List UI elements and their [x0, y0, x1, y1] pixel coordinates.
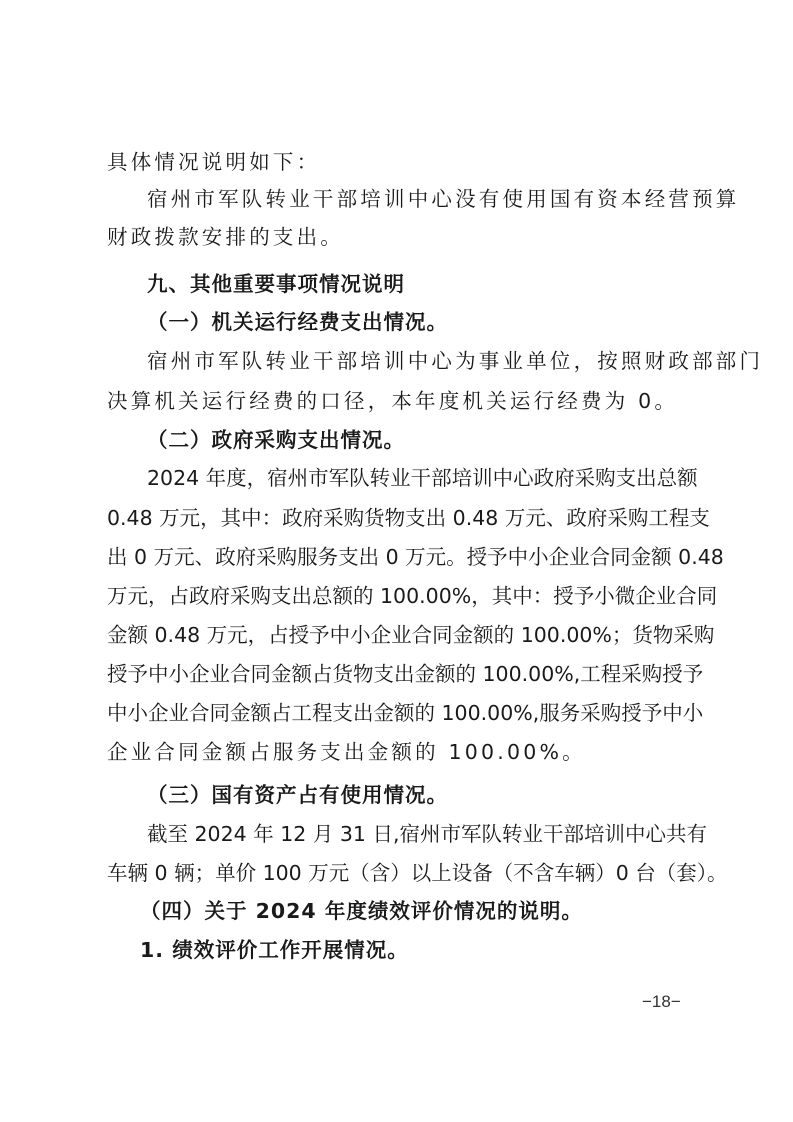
subsection-heading: 1. 绩效评价工作开展情况。: [140, 938, 725, 962]
subsection-heading: （三）国有资产占有使用情况。: [147, 783, 692, 807]
paragraph-line: 具体情况说明如下：: [107, 150, 692, 174]
subsection-heading: （二）政府采购支出情况。: [147, 428, 692, 452]
paragraph-line: 授予中小企业合同金额占货物支出金额的 100.00%,工程采购授予: [107, 662, 692, 686]
paragraph-line: 宿州市军队转业干部培训中心为事业单位，按照财政部部门: [147, 349, 692, 373]
paragraph-line: 截至 2024 年 12 月 31 日,宿州市军队转业干部培训中心共有: [147, 822, 692, 846]
subsection-heading: （四）关于 2024 年度绩效评价情况的说明。: [140, 899, 725, 923]
paragraph-line: 财政拨款安排的支出。: [107, 225, 692, 249]
subsection-heading: （一）机关运行经费支出情况。: [147, 310, 692, 334]
paragraph-line: 出 0 万元、政府采购服务支出 0 万元。授予中小企业合同金额 0.48: [107, 545, 692, 569]
paragraph-line: 2024 年度，宿州市军队转业干部培训中心政府采购支出总额: [147, 466, 692, 490]
paragraph-line: 企业合同金额占服务支出金额的 100.00%。: [107, 740, 692, 764]
paragraph-line: 宿州市军队转业干部培训中心没有使用国有资本经营预算: [147, 187, 692, 211]
paragraph-line: 0.48 万元，其中：政府采购货物支出 0.48 万元、政府采购工程支: [107, 506, 692, 530]
paragraph-line: 金额 0.48 万元，占授予中小企业合同金额的 100.00%；货物采购: [107, 623, 692, 647]
section-heading: 九、其他重要事项情况说明: [147, 272, 692, 296]
paragraph-line: 中小企业合同金额占工程支出金额的 100.00%,服务采购授予中小: [107, 701, 692, 725]
paragraph-line: 万元，占政府采购支出总额的 100.00%，其中：授予小微企业合同: [107, 584, 692, 608]
paragraph-line: 决算机关运行经费的口径，本年度机关运行经费为 0。: [107, 389, 692, 413]
paragraph-line: 车辆 0 辆；单价 100 万元（含）以上设备（不含车辆）0 台（套）。: [107, 861, 692, 885]
page-number: −18−: [642, 992, 681, 1012]
